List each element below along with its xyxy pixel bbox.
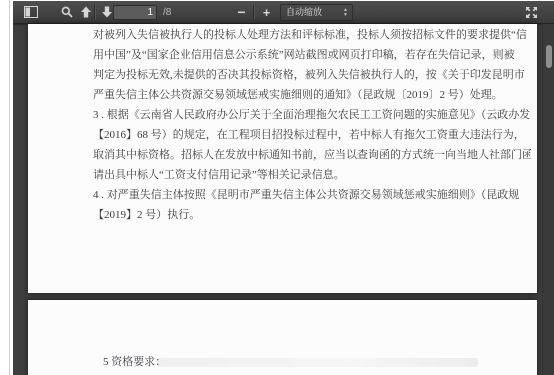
document-text-block: 对被列入失信被执行人的投标人处理方法和评标标准，投标人须按招标文件的要求提供“信…	[93, 25, 531, 225]
fullscreen-icon	[525, 6, 538, 19]
page-number-input[interactable]	[113, 5, 157, 20]
toolbar-separator	[253, 5, 254, 19]
embed-border-line	[9, 0, 10, 375]
search-icon	[61, 6, 73, 18]
search-button[interactable]	[57, 3, 76, 21]
document-text-line: 判定为投标无效,未提供的否决其投标资格，被列入失信被执行人的，按《关于印发昆明市	[93, 65, 531, 85]
pdf-toolbar: /8 − + 自动缩放 ▲▼	[13, 1, 554, 24]
page-up-icon	[80, 6, 92, 18]
sidebar-toggle-icon	[24, 6, 38, 18]
previous-page-button[interactable]	[76, 3, 95, 21]
pdf-page-1: 对被列入失信被执行人的投标人处理方法和评标标准，投标人须按招标文件的要求提供“信…	[28, 24, 537, 293]
zoom-out-button[interactable]: −	[232, 3, 251, 21]
zoom-level-select[interactable]: 自动缩放 ▲▼	[280, 4, 353, 21]
select-arrows-icon: ▲▼	[343, 8, 348, 17]
page-down-icon	[101, 6, 113, 18]
zoom-level-value: 自动缩放	[286, 7, 322, 17]
page-count-label: /8	[163, 1, 171, 24]
document-text-line: 取消其中标资格。招标人在发放中标通知书前，应当以查询函的方式统一向当地人社部门函	[93, 145, 531, 165]
scrollbar-thumb[interactable]	[546, 45, 552, 68]
toolbar-separator	[94, 5, 95, 19]
vertical-scrollbar[interactable]	[542, 24, 554, 375]
scan-artifact	[158, 358, 478, 367]
sidebar-toggle-button[interactable]	[21, 3, 40, 21]
document-text-line: 4 . 对严重失信主体按照《昆明市严重失信主体公共资源交易领域惩戒实施细则》（昆…	[93, 185, 531, 205]
document-text-line: 【2019】2 号）执行。	[93, 205, 531, 225]
zoom-in-button[interactable]: +	[257, 3, 276, 21]
pdf-viewer: /8 − + 自动缩放 ▲▼ 对被列入失信被执行人的投标人处理方法和评标标准，投…	[13, 1, 554, 375]
document-text-line: 对被列入失信被执行人的投标人处理方法和评标标准，投标人须按招标文件的要求提供“信	[93, 25, 531, 45]
document-text-line: 严重失信主体公共资源交易领域惩戒实施细则的通知》（昆政规〔2019〕2 号）处理…	[93, 85, 531, 105]
document-text-line: 用中国”及“国家企业信用信息公示系统”网站截图或网页打印稿，若存在失信记录，则被	[93, 45, 531, 65]
document-text-line: 请出具中标人“工资支付信用记录”等相关记录信息。	[93, 165, 531, 185]
pdf-page-2: 5 资格要求：	[28, 300, 537, 375]
presentation-mode-button[interactable]	[522, 3, 541, 21]
document-text-line: 3 . 根据《云南省人民政府办公厅关于全面治理拖欠农民工工资问题的实施意见》（云…	[93, 105, 531, 125]
document-text-line: 【2016】68 号）的规定，在工程项目招投标过程中，若中标人有拖欠工资重大违法…	[93, 125, 531, 145]
